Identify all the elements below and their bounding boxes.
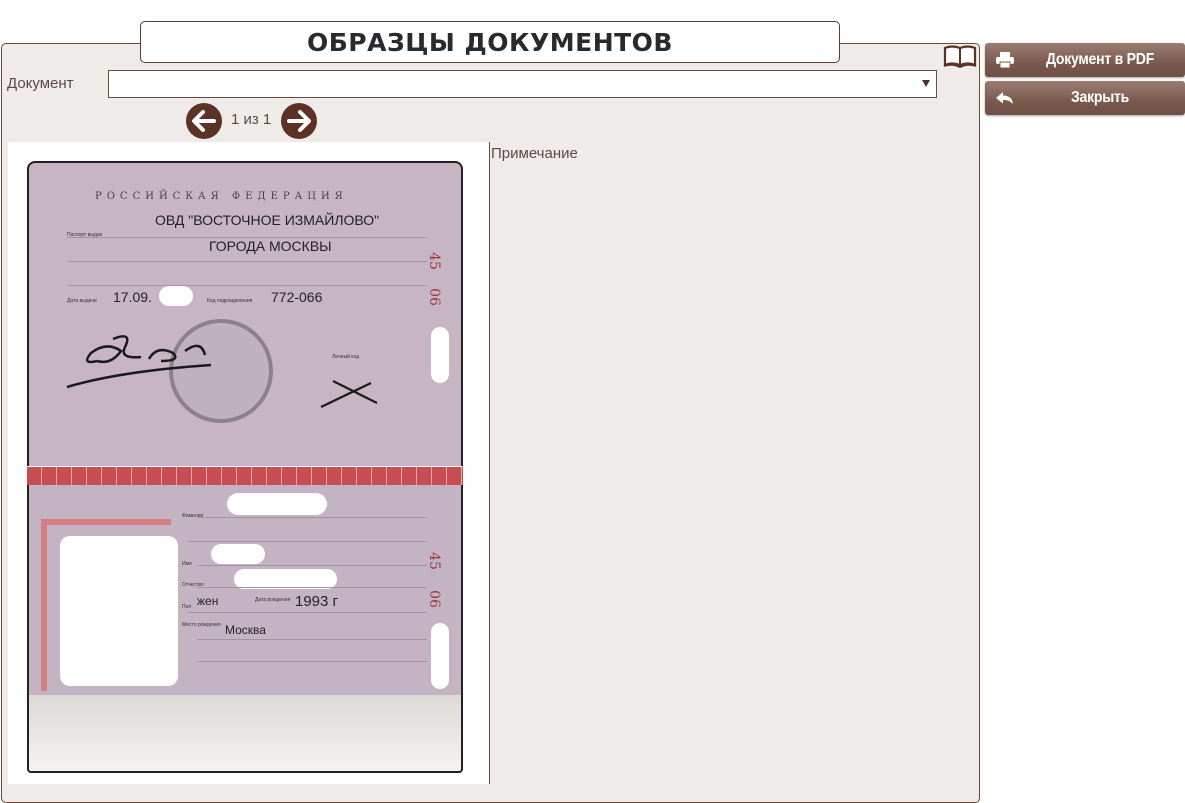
passport-series-b: 06 — [426, 288, 442, 306]
redacted-field — [211, 544, 265, 564]
prev-page-button[interactable] — [186, 103, 222, 139]
passport-series-a: 45 — [426, 552, 442, 570]
passport-small-label: Пол — [182, 604, 191, 610]
passport-small-label: Дата выдачи — [67, 298, 97, 304]
redacted-field — [431, 623, 449, 689]
passport-signature — [61, 329, 241, 391]
book-icon[interactable] — [943, 44, 977, 68]
passport-line — [197, 587, 427, 588]
passport-page-foot — [27, 695, 463, 773]
passport-line — [197, 565, 427, 566]
document-select[interactable] — [108, 70, 937, 98]
page-counter: 1 из 1 — [231, 111, 271, 128]
passport-small-label: Фамилия — [182, 513, 203, 519]
dropdown-arrow-icon[interactable] — [922, 80, 930, 87]
passport-series-a: 45 — [426, 252, 442, 270]
passport-page-top — [27, 161, 463, 466]
note-label: Примечание — [491, 145, 578, 162]
passport-issued-by-2: ГОРОДА МОСКВЫ — [209, 238, 332, 254]
next-page-button[interactable] — [281, 103, 317, 139]
export-pdf-label: Документ в PDF — [1025, 51, 1175, 69]
passport-small-label: Место рождения — [182, 622, 221, 628]
passport-owner-signature — [319, 379, 379, 409]
passport-small-label: Дата рождения — [255, 597, 290, 603]
export-pdf-button[interactable]: Документ в PDF — [985, 43, 1185, 77]
page-title-box: ОБРАЗЦЫ ДОКУМЕНТОВ — [140, 21, 840, 63]
passport-series-b: 06 — [426, 590, 442, 608]
passport-issued-by-1: ОВД "ВОСТОЧНОЕ ИЗМАЙЛОВО" — [155, 212, 379, 228]
reply-icon — [995, 89, 1015, 107]
redacted-field — [159, 286, 193, 306]
printer-icon — [995, 51, 1015, 69]
passport-line — [187, 612, 427, 613]
redacted-field — [431, 327, 449, 383]
passport-small-label: Код подразделения — [207, 298, 252, 304]
arrow-left-icon — [192, 110, 216, 132]
passport-fold-band — [27, 467, 463, 485]
passport-photo-redacted — [60, 536, 178, 686]
passport-line — [67, 261, 427, 262]
page-title: ОБРАЗЦЫ ДОКУМЕНТОВ — [307, 28, 673, 57]
passport-header: РОССИЙСКАЯ ФЕДЕРАЦИЯ — [95, 191, 348, 202]
passport-line — [197, 639, 427, 640]
document-label: Документ — [7, 75, 74, 92]
passport-small-label: Имя — [182, 561, 192, 567]
passport-line — [187, 541, 427, 542]
redacted-field — [234, 569, 337, 589]
column-divider — [489, 142, 490, 784]
passport-division-code: 772-066 — [271, 289, 322, 305]
passport-line — [197, 517, 427, 518]
close-button[interactable]: Закрыть — [985, 81, 1185, 115]
passport-small-label: Личный код — [332, 354, 359, 360]
passport-sample-image: РОССИЙСКАЯ ФЕДЕРАЦИЯ ОВД "ВОСТОЧНОЕ ИЗМА… — [27, 161, 463, 773]
arrow-right-icon — [287, 110, 311, 132]
passport-line — [67, 285, 427, 286]
redacted-field — [227, 493, 327, 515]
passport-birthplace: Москва — [225, 623, 266, 637]
passport-sex: жен — [197, 594, 218, 608]
passport-line — [197, 661, 427, 662]
passport-issue-date: 17.09. — [113, 289, 152, 305]
passport-birth-year: 1993 г — [295, 593, 338, 610]
close-label: Закрыть — [1025, 89, 1175, 107]
